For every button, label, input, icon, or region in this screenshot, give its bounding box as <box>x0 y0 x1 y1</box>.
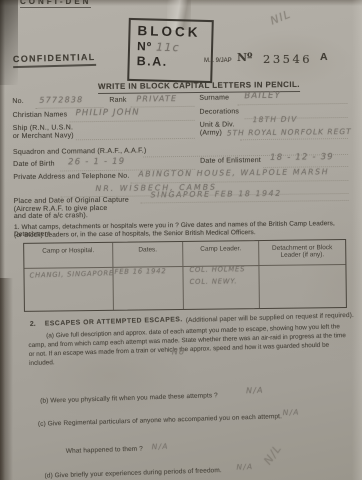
answer-c: N/A <box>283 408 300 418</box>
answer-a: No <box>172 347 186 356</box>
question-c2-text: What happened to them ? <box>66 446 143 455</box>
escapes-section: 2. ESCAPES OR ATTEMPTED ESCAPES. (Additi… <box>0 0 362 480</box>
answer-d: N/A <box>236 462 253 472</box>
scanned-document: CONFI-DEN CONFIDENTIAL BLOCK Nº11c B.A. … <box>0 0 362 480</box>
answer-c2: N/A <box>152 442 169 452</box>
section2-number: 2. <box>30 321 36 328</box>
question-b-text: (b) Were you physically fit when you mad… <box>40 392 218 405</box>
section2-title: ESCAPES OR ATTEMPTED ESCAPES. <box>45 316 183 327</box>
scan-edge-left-bottom <box>0 278 13 480</box>
question-a-text: (a) Give full description and approx. da… <box>28 322 349 368</box>
scan-edge-corner <box>0 0 18 85</box>
answer-b: N/A <box>246 386 264 396</box>
question-c-text: (c) Give Regimental particulars of anyon… <box>38 413 282 428</box>
scan-edge-right <box>352 0 362 480</box>
